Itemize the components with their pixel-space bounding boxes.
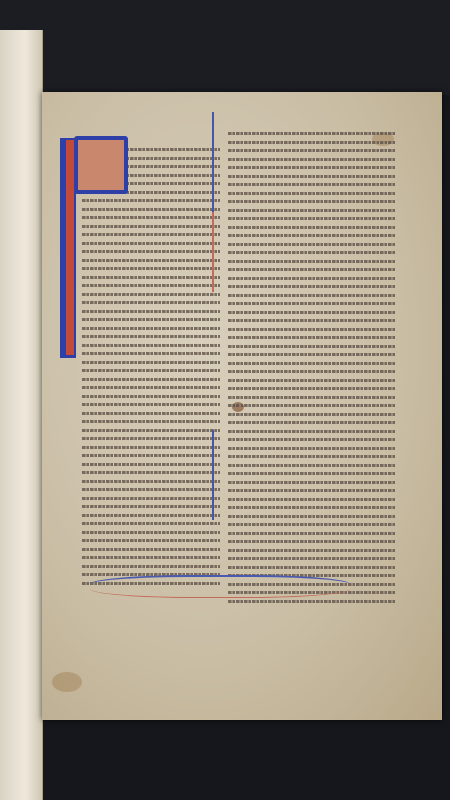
- stain: [52, 672, 82, 692]
- right-text-column: [228, 132, 396, 608]
- dark-background: [0, 0, 450, 95]
- ornamental-vine: [212, 112, 226, 212]
- pen-flourish-ornament: [90, 575, 350, 598]
- facing-blank-leaf: [0, 30, 43, 800]
- ornamental-vine: [212, 430, 226, 520]
- decorated-initial: [50, 128, 122, 358]
